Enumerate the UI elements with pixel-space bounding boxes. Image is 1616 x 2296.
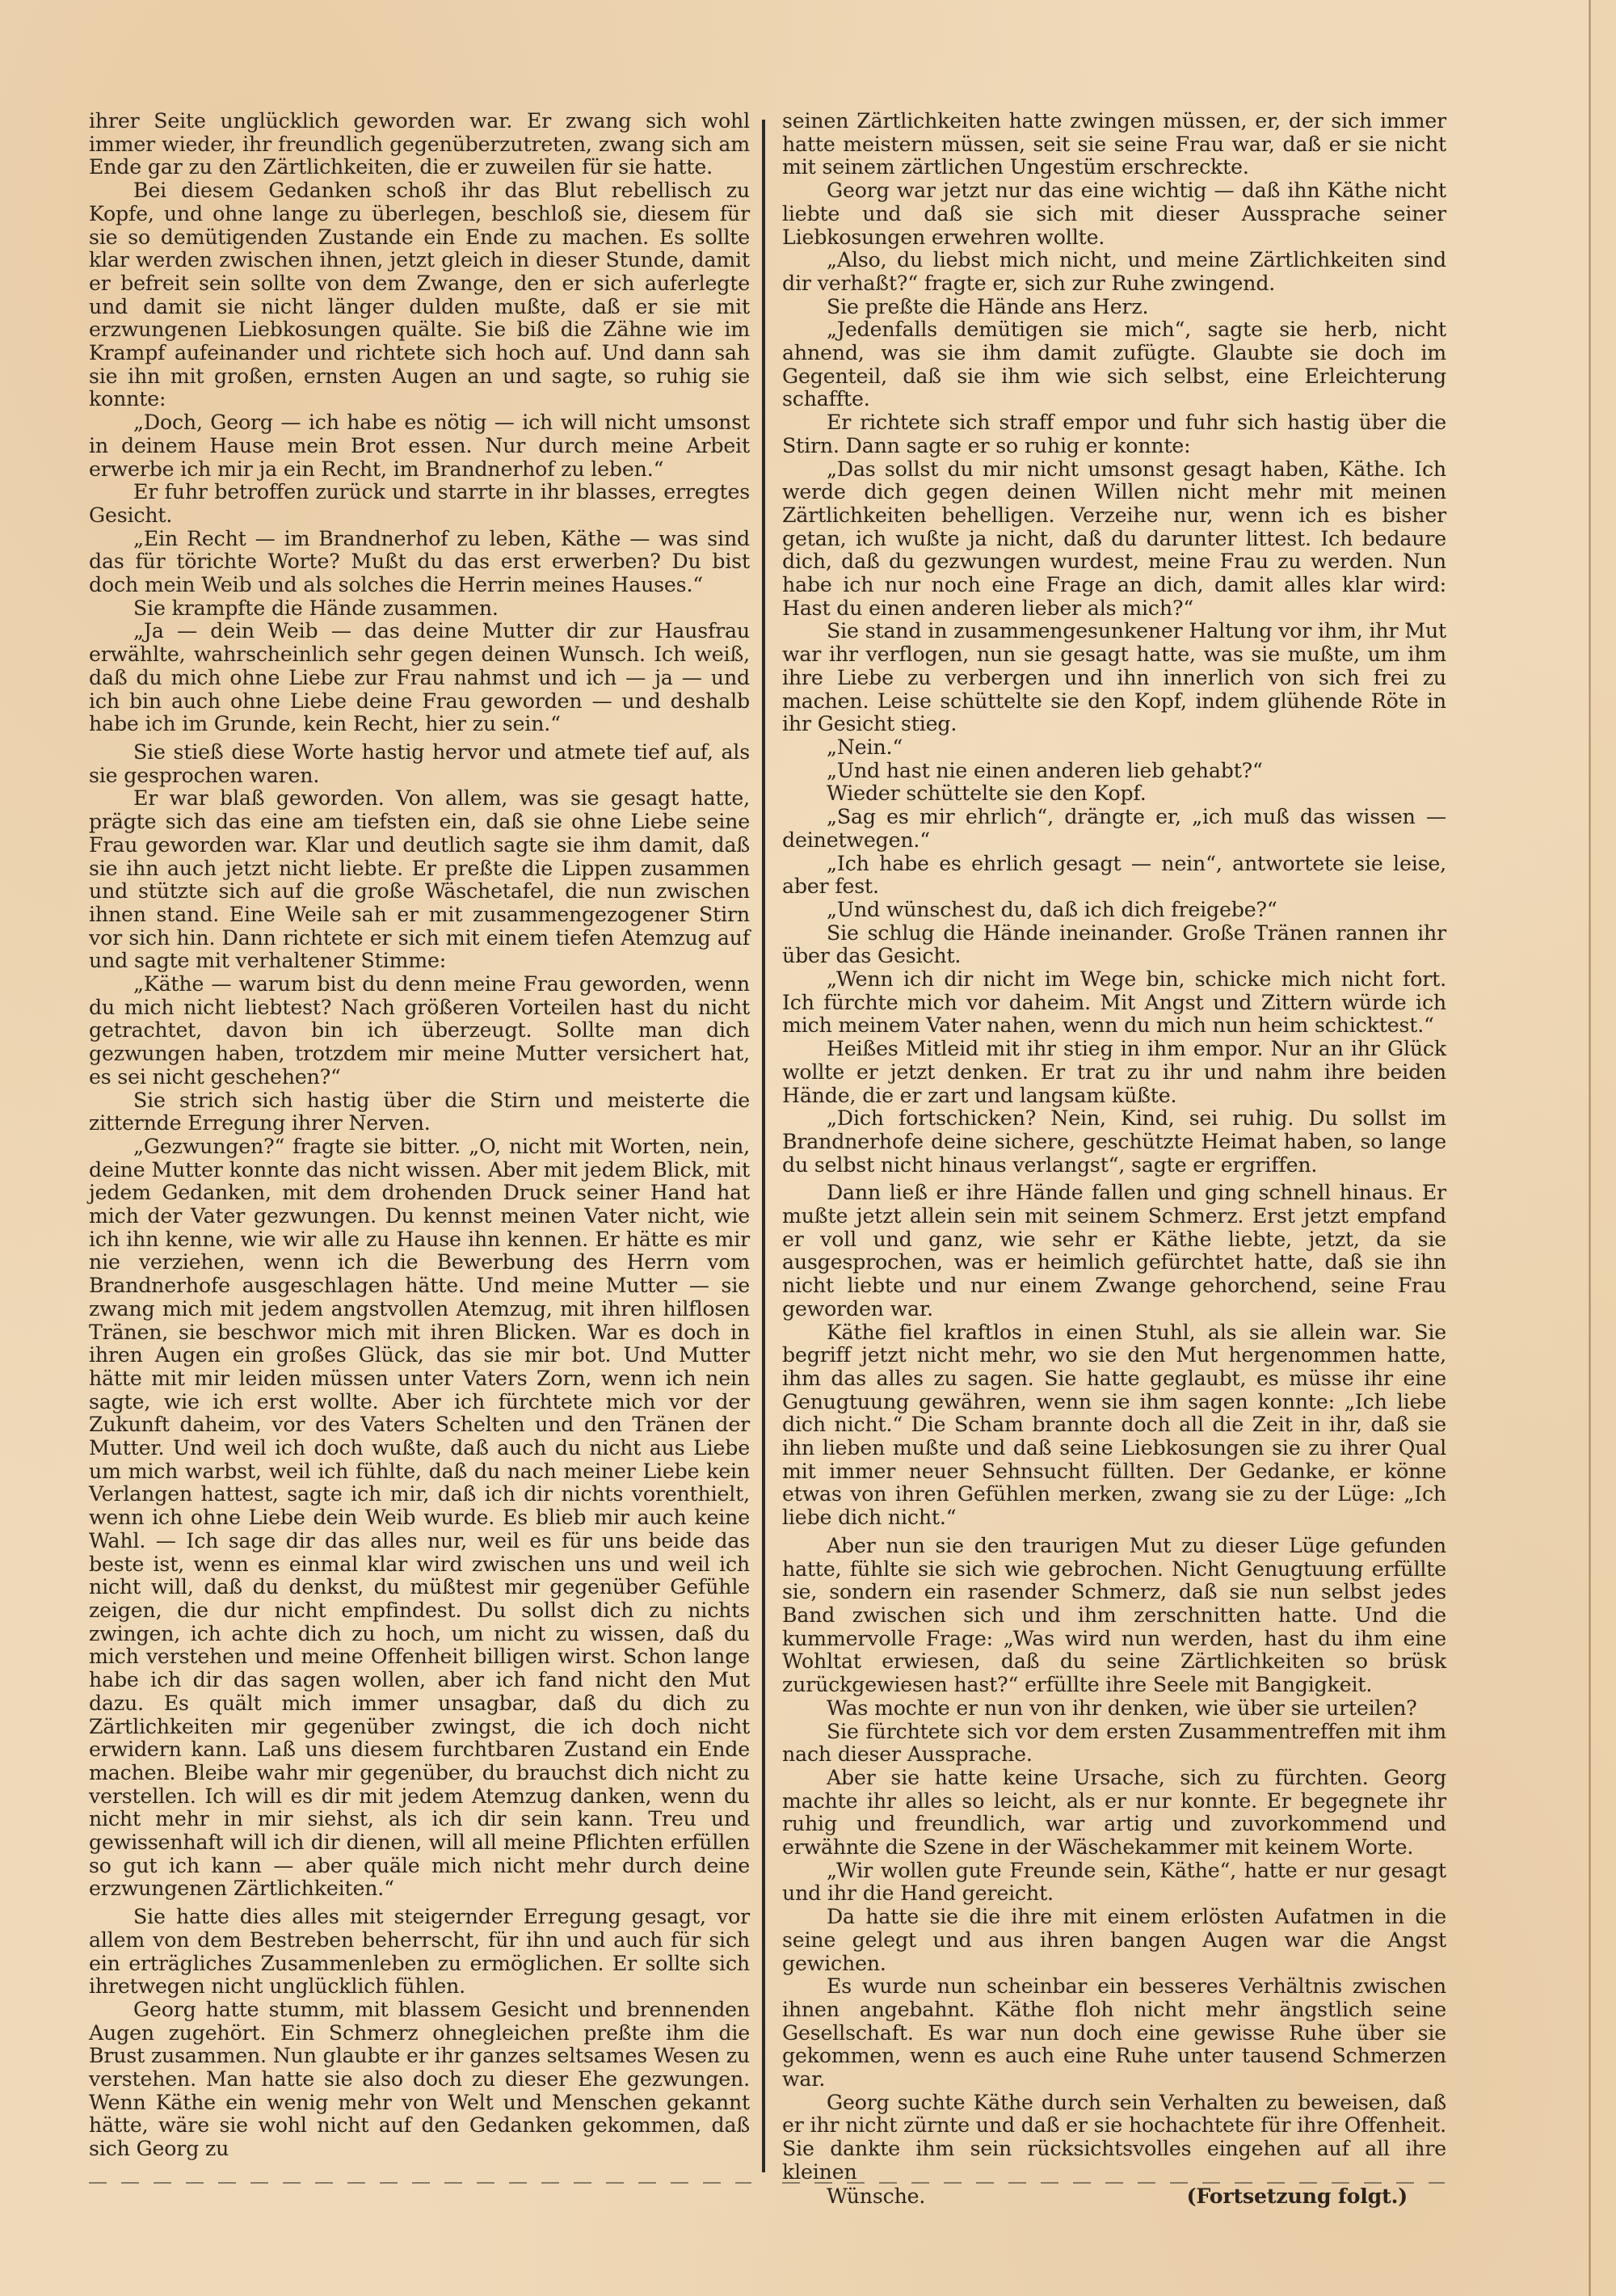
paragraph: „Wenn ich dir nicht im Wege bin, schicke… bbox=[782, 968, 1446, 1038]
paragraph: „Jedenfalls demütigen sie mich“, sagte s… bbox=[782, 318, 1446, 411]
paragraph: Aber nun sie den traurigen Mut zu dieser… bbox=[782, 1535, 1446, 1697]
paragraph: Sie stand in zusammengesunkener Haltung … bbox=[782, 620, 1446, 736]
right-column: seinen Zärtlichkeiten hatte zwingen müss… bbox=[782, 110, 1446, 2208]
adjacent-page-edge bbox=[1591, 0, 1616, 2296]
paragraph: Käthe fiel kraftlos in einen Stuhl, als … bbox=[782, 1321, 1446, 1530]
paragraph: „Wir wollen gute Freunde sein, Käthe“, h… bbox=[782, 1860, 1446, 1906]
last-word: Wünsche. bbox=[782, 2185, 925, 2209]
paragraph: „Ein Recht — im Brandnerhof zu leben, Kä… bbox=[89, 528, 750, 597]
paragraph: Sie krampfte die Hände zusammen. bbox=[89, 597, 750, 621]
closing-line: Wünsche. (Fortsetzung folgt.) bbox=[782, 2184, 1446, 2209]
paragraph: Er richtete sich straff empor und fuhr s… bbox=[782, 411, 1446, 457]
paragraph: Georg suchte Käthe durch sein Verhalten … bbox=[782, 2092, 1446, 2184]
paragraph: Sie fürchtete sich vor dem ersten Zusamm… bbox=[782, 1721, 1446, 1767]
paragraph: Bei diesem Gedanken schoß ihr das Blut r… bbox=[89, 179, 750, 411]
paragraph: „Ja — dein Weib — das deine Mutter dir z… bbox=[89, 620, 750, 736]
paragraph: Dann ließ er ihre Hände fallen und ging … bbox=[782, 1182, 1446, 1321]
paragraph: „Käthe — warum bist du denn meine Frau g… bbox=[89, 973, 750, 1089]
paragraph: Er fuhr betroffen zurück und starrte in … bbox=[89, 481, 750, 527]
paragraph: „Sag es mir ehrlich“, drängte er, „ich m… bbox=[782, 806, 1446, 852]
paragraph: Heißes Mitleid mit ihr stieg in ihm empo… bbox=[782, 1038, 1446, 1107]
paragraph: „Ich habe es ehrlich gesagt — nein“, ant… bbox=[782, 853, 1446, 899]
paragraph: Sie schlug die Hände ineinander. Große T… bbox=[782, 922, 1446, 968]
bottom-rule-right bbox=[782, 2182, 1445, 2184]
paragraph: „Und wünschest du, daß ich dich freigebe… bbox=[782, 899, 1446, 922]
paragraph: „Und hast nie einen anderen lieb gehabt?… bbox=[782, 760, 1446, 783]
paragraph: Er war blaß geworden. Von allem, was sie… bbox=[89, 787, 750, 973]
paragraph: seinen Zärtlichkeiten hatte zwingen müss… bbox=[782, 110, 1446, 179]
paragraph: Sie stieß diese Worte hastig hervor und … bbox=[89, 741, 750, 787]
paragraph: „Dich fortschicken? Nein, Kind, sei ruhi… bbox=[782, 1107, 1446, 1177]
paragraph: „Nein.“ bbox=[782, 736, 1446, 760]
paragraph: „Doch, Georg — ich habe es nötig — ich w… bbox=[89, 411, 750, 481]
paragraph: Wieder schüttelte sie den Kopf. bbox=[782, 782, 1446, 806]
left-column: ihrer Seite unglücklich geworden war. Er… bbox=[89, 110, 750, 2161]
paragraph: Was mochte er nun von ihr denken, wie üb… bbox=[782, 1697, 1446, 1721]
paragraph: „Also, du liebst mich nicht, und meine Z… bbox=[782, 249, 1446, 295]
paragraph: Da hatte sie die ihre mit einem erlösten… bbox=[782, 1906, 1446, 1975]
paragraph: Georg war jetzt nur das eine wichtig — d… bbox=[782, 179, 1446, 249]
column-divider-rule bbox=[762, 120, 765, 2172]
page-fold-crease bbox=[1589, 0, 1591, 2296]
paragraph: „Gezwungen?“ fragte sie bitter. „O, nich… bbox=[89, 1135, 750, 1901]
paragraph: Sie preßte die Hände ans Herz. bbox=[782, 296, 1446, 319]
paragraph: ihrer Seite unglücklich geworden war. Er… bbox=[89, 110, 750, 179]
paragraph: „Das sollst du mir nicht umsonst gesagt … bbox=[782, 458, 1446, 621]
paragraph: Sie hatte dies alles mit steigernder Err… bbox=[89, 1906, 750, 1999]
to-be-continued-note: (Fortsetzung folgt.) bbox=[1143, 2184, 1446, 2208]
paragraph: Sie strich sich hastig über die Stirn un… bbox=[89, 1089, 750, 1135]
paragraph: Georg hatte stumm, mit blassem Gesicht u… bbox=[89, 1999, 750, 2161]
paragraph: Aber sie hatte keine Ursache, sich zu fü… bbox=[782, 1767, 1446, 1860]
newspaper-page: ihrer Seite unglücklich geworden war. Er… bbox=[0, 0, 1616, 2296]
bottom-rule-left bbox=[89, 2182, 751, 2184]
paragraph: Es wurde nun scheinbar ein besseres Verh… bbox=[782, 1975, 1446, 2092]
